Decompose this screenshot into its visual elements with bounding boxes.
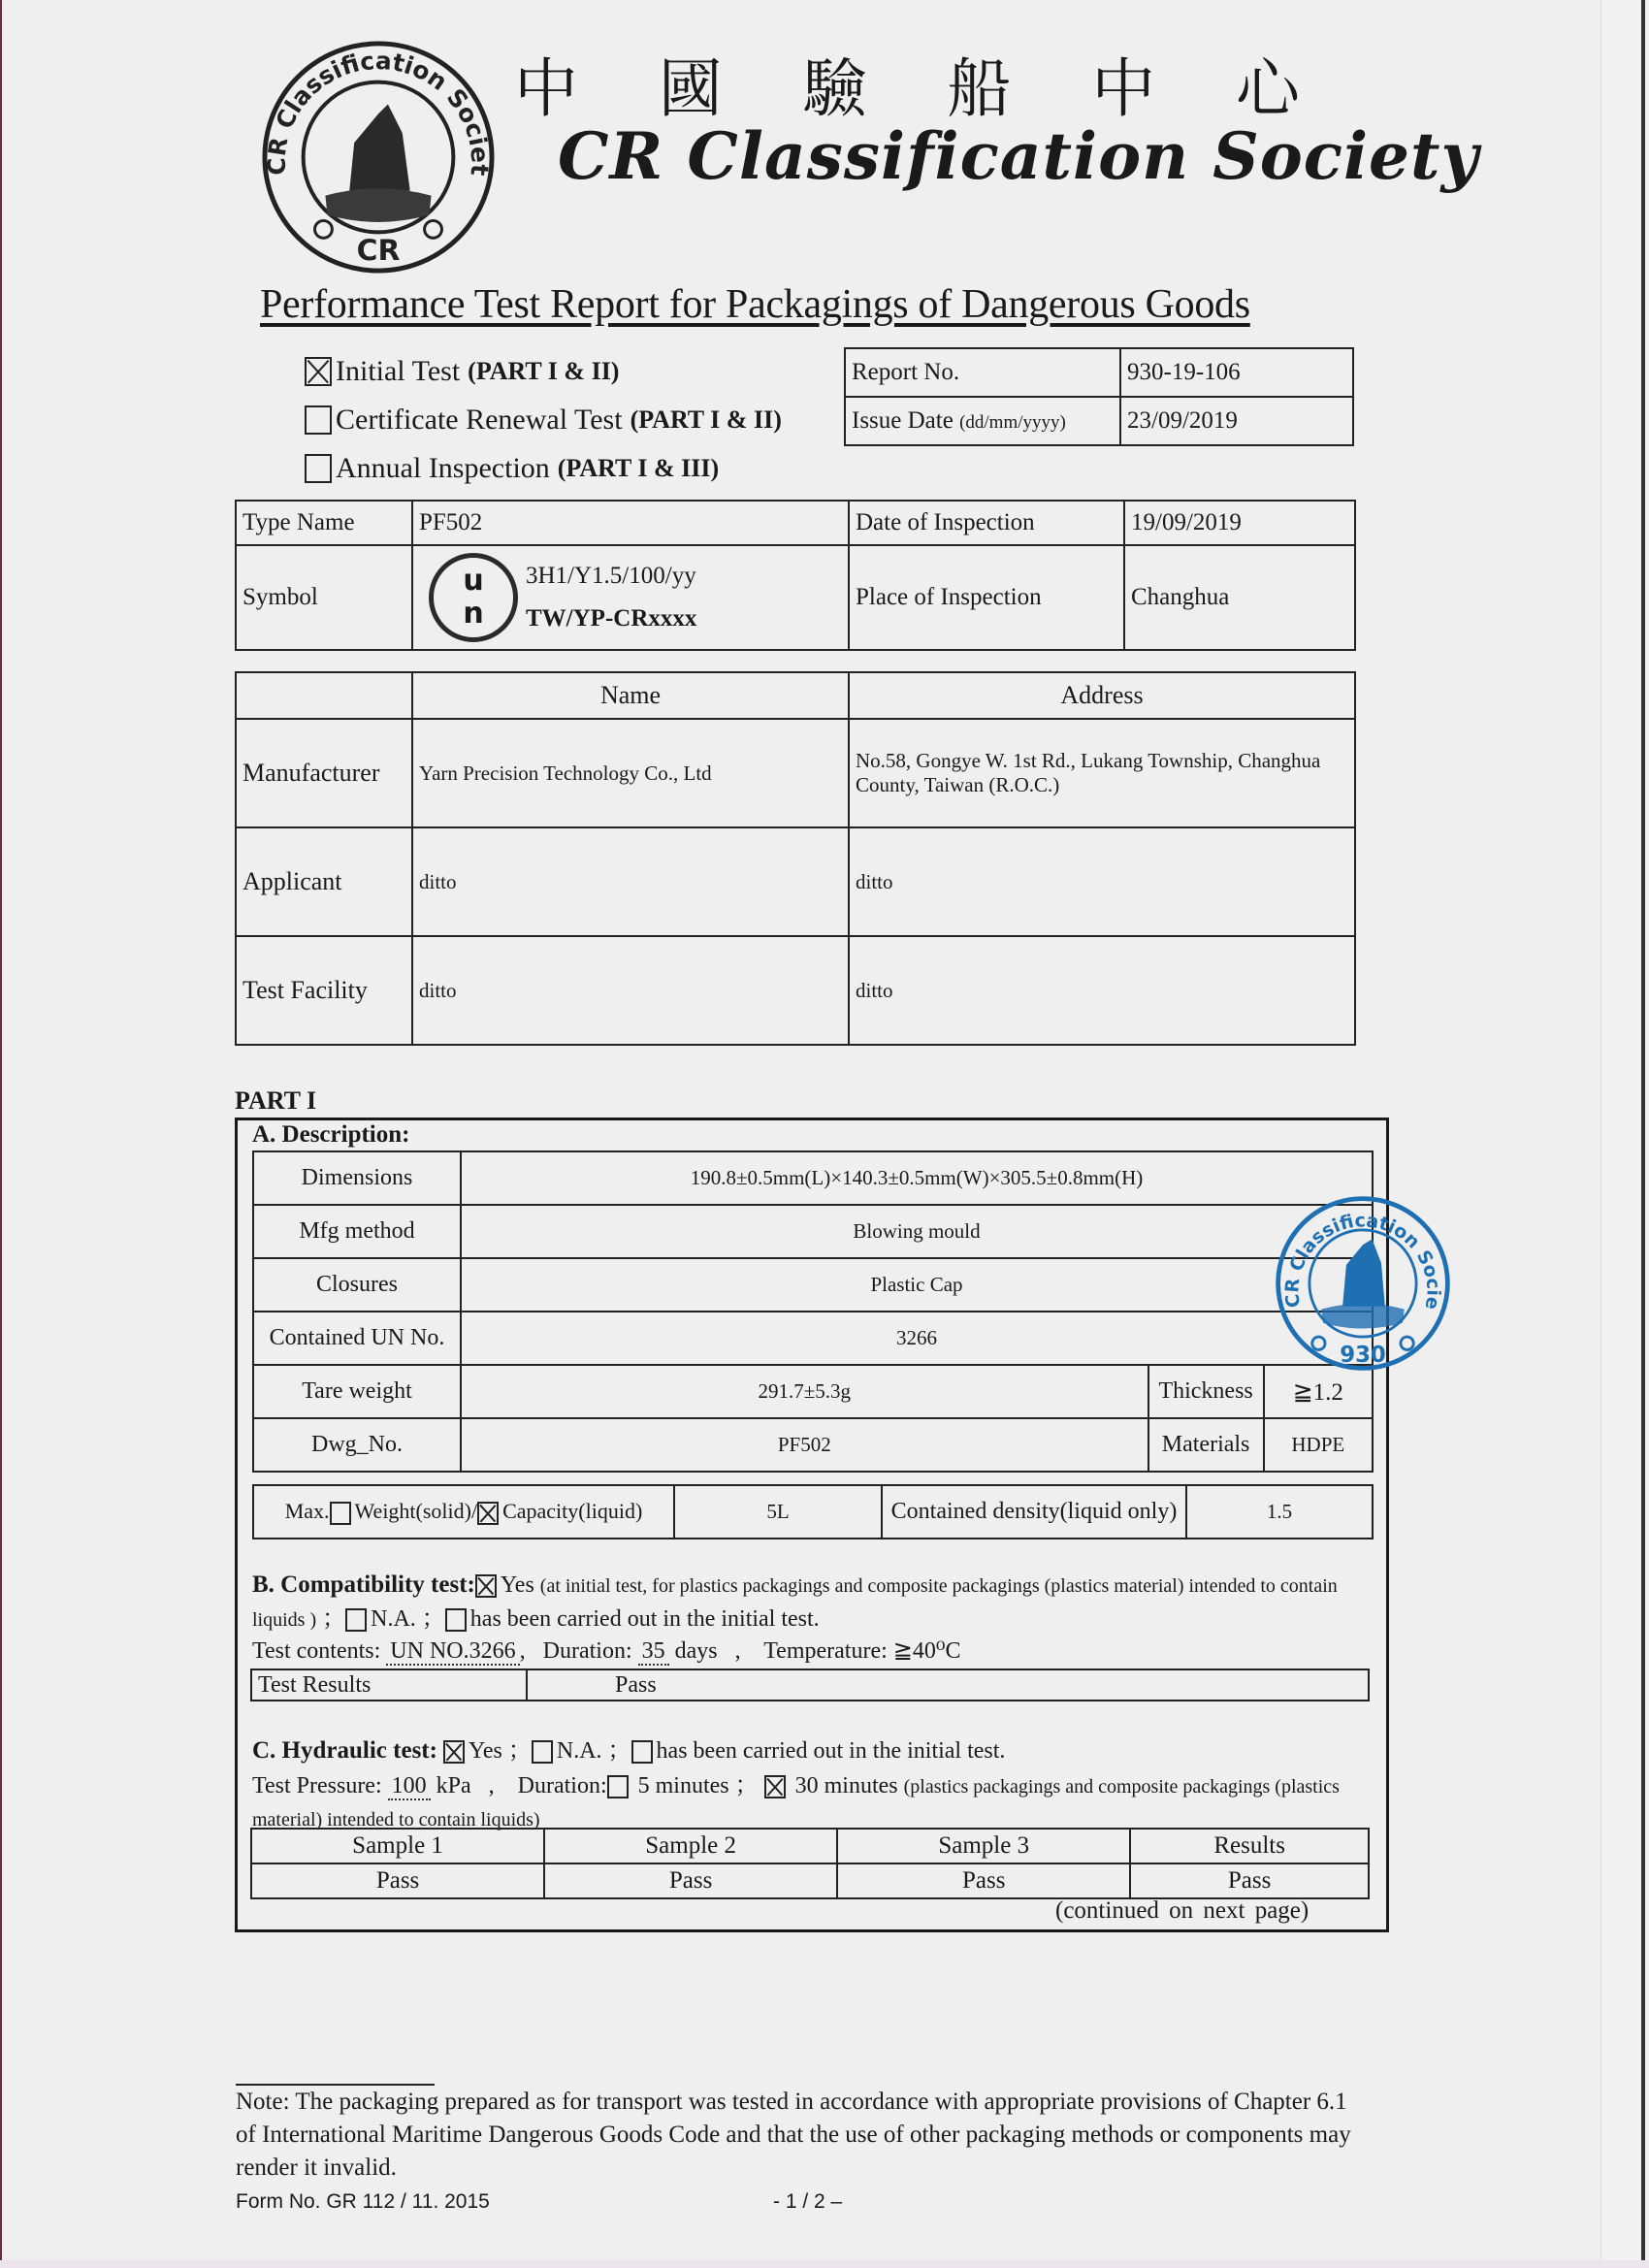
description-table: Dimensions 190.8±0.5mm(L)×140.3±0.5mm(W)… [252,1150,1374,1473]
chinese-character: 驗 [803,37,867,129]
checkbox-compatibility-yes[interactable] [475,1574,497,1598]
checkbox-duration-5-minutes[interactable] [607,1775,629,1798]
symbol-label: Symbol [236,545,412,650]
compatibility-section: B. Compatibility test:Yes (at initial te… [252,1569,1373,1636]
checkbox-annual-inspection[interactable] [305,454,332,483]
option-parts: (PART I & II) [468,357,619,386]
party-address: No.58, Gongye W. 1st Rd., Lukang Townshi… [849,719,1355,827]
scan-edge-right [1641,0,1645,2268]
issue-date-value: 23/09/2019 [1120,397,1353,445]
hydraulic-result-cell: Pass [1130,1863,1369,1898]
closures-label: Closures [253,1258,461,1312]
type-name-value: PF502 [412,501,849,545]
materials-label: Materials [1148,1418,1264,1472]
cr-society-logo-icon: CR Classification Society 1951 CR [258,37,499,277]
option-label: Certificate Renewal Test [336,404,623,437]
party-label: Test Facility [236,936,412,1045]
compatibility-heading: B. Compatibility test: [252,1571,475,1598]
checkbox-compatibility-na[interactable] [345,1608,367,1632]
checkbox-hydraulic-carried-out[interactable] [631,1740,653,1764]
option-parts: (PART I & III) [558,454,719,483]
hydraulic-column-header: Results [1130,1829,1369,1863]
mfg-method-label: Mfg method [253,1205,461,1258]
type-name-label: Type Name [236,501,412,545]
chinese-character: 心 [1236,37,1300,129]
dimensions-value: 190.8±0.5mm(L)×140.3±0.5mm(W)×305.5±0.8m… [461,1151,1373,1205]
option-initial-test[interactable]: Initial Test (PART I & II) [305,355,619,388]
hydraulic-heading: C. Hydraulic test: [252,1737,437,1764]
scan-edge-left [0,0,2,2268]
checkbox-max-weight[interactable] [330,1502,351,1525]
duration-value: 35 [638,1638,669,1666]
svg-text:CR: CR [357,234,401,268]
un-packaging-mark-icon: un [429,553,518,642]
party-name: ditto [412,936,849,1045]
mfg-method-value: Blowing mould [461,1205,1373,1258]
symbol-value: un 3H1/Y1.5/100/yy TW/YP-CRxxxx [412,545,849,650]
chinese-society-name: 中國驗船中心 [514,37,1300,129]
party-label: Applicant [236,827,412,936]
chinese-character: 國 [659,37,723,129]
pressure-value: 100 [388,1773,431,1800]
issue-date-label: Issue Date (dd/mm/yyyy) [845,397,1120,445]
place-of-inspection-value: Changhua [1124,545,1355,650]
chinese-character: 中 [1091,37,1155,129]
svg-text:930: 930 [1340,1343,1386,1368]
report-no-label: Report No. [845,348,1120,397]
dwg-no-label: Dwg_No. [253,1418,461,1472]
date-of-inspection-value: 19/09/2019 [1124,501,1355,545]
checkbox-compatibility-carried-out[interactable] [445,1608,467,1632]
part-1-label: PART I [235,1086,316,1116]
option-certificate-renewal[interactable]: Certificate Renewal Test (PART I & II) [305,404,782,437]
report-title: Performance Test Report for Packagings o… [260,281,1250,328]
dwg-no-value: PF502 [461,1418,1148,1472]
description-heading: A. Description: [252,1121,409,1149]
scan-edge-bottom [0,2260,1649,2268]
hydraulic-column-header: Sample 3 [837,1829,1130,1863]
max-capacity-value: 5L [674,1485,882,1539]
name-header: Name [412,672,849,719]
party-row-manufacturer: Manufacturer Yarn Precision Technology C… [236,719,1355,827]
hydraulic-section: C. Hydraulic test: Yes ；N.A. ；has been c… [252,1734,1005,1767]
test-results-label: Test Results [251,1669,527,1701]
hydraulic-results-table: Sample 1Sample 2Sample 3Results PassPass… [250,1828,1370,1899]
tare-weight-value: 291.7±5.3g [461,1365,1148,1418]
hydraulic-result-cell: Pass [544,1863,837,1898]
chinese-character: 中 [514,37,578,129]
closures-value: Plastic Cap [461,1258,1373,1312]
option-label: Annual Inspection [336,452,550,485]
hydraulic-result-cell: Pass [837,1863,1130,1898]
un-no-label: Contained UN No. [253,1312,461,1365]
hydraulic-column-header: Sample 2 [544,1829,837,1863]
hydraulic-parameters: Test Pressure: 100 kPa , Duration: 5 min… [252,1769,1373,1835]
density-label: Contained density(liquid only) [882,1485,1186,1539]
checkbox-hydraulic-na[interactable] [532,1740,553,1764]
checkbox-certificate-renewal[interactable] [305,405,332,435]
test-results-value: Pass [527,1669,1369,1701]
hydraulic-column-header: Sample 1 [251,1829,544,1863]
checkbox-max-capacity[interactable] [477,1502,499,1525]
checkbox-initial-test[interactable] [305,357,332,386]
party-row-applicant: Applicant ditto ditto [236,827,1355,936]
place-of-inspection-label: Place of Inspection [849,545,1124,650]
report-info-table: Report No. 930-19-106 Issue Date (dd/mm/… [844,347,1354,446]
density-value: 1.5 [1186,1485,1373,1539]
party-address: ditto [849,827,1355,936]
symbol-code-line1: 3H1/Y1.5/100/yy [526,555,696,598]
option-parts: (PART I & II) [630,405,782,435]
type-info-table: Type Name PF502 Date of Inspection 19/09… [235,500,1356,651]
compatibility-parameters: Test contents: UN NO.3266, Duration: 35 … [252,1635,961,1668]
party-row-test-facility: Test Facility ditto ditto [236,936,1355,1045]
compatibility-results-table: Test Results Pass [250,1669,1370,1701]
test-contents-value: UN NO.3266 [386,1638,519,1666]
party-name: Yarn Precision Technology Co., Ltd [412,719,849,827]
page-number: - 1 / 2 – [773,2190,842,2214]
hydraulic-result-cell: Pass [251,1863,544,1898]
tare-weight-label: Tare weight [253,1365,461,1418]
date-of-inspection-label: Date of Inspection [849,501,1124,545]
checkbox-hydraulic-yes[interactable] [443,1740,465,1764]
parties-table: Name Address Manufacturer Yarn Precision… [235,671,1356,1046]
address-header: Address [849,672,1355,719]
footnote: Note: The packaging prepared as for tran… [236,2086,1351,2185]
party-label: Manufacturer [236,719,412,827]
checkbox-duration-30-minutes[interactable] [764,1775,786,1798]
symbol-code-line2: TW/YP-CRxxxx [526,598,696,640]
thickness-label: Thickness [1148,1365,1264,1418]
party-address: ditto [849,936,1355,1045]
capacity-table: Max.Weight(solid)/Capacity(liquid) 5L Co… [252,1484,1374,1539]
dimensions-label: Dimensions [253,1151,461,1205]
chinese-character: 船 [947,37,1011,129]
option-annual-inspection[interactable]: Annual Inspection (PART I & III) [305,452,719,485]
temperature-value: ≧40⁰C [893,1638,961,1664]
parties-header-blank [236,672,412,719]
materials-value: HDPE [1264,1418,1373,1472]
max-capacity-label: Max.Weight(solid)/Capacity(liquid) [253,1485,674,1539]
option-label: Initial Test [336,355,460,388]
form-number: Form No. GR 112 / 11. 2015 [236,2190,490,2214]
continued-note: (continued on next page) [1055,1897,1309,1925]
english-society-name: CR Classification Society [558,118,1479,194]
un-no-value: 3266 [461,1312,1373,1365]
report-no-value: 930-19-106 [1120,348,1353,397]
party-name: ditto [412,827,849,936]
official-stamp-icon: CR Classification Society 1951 930 [1271,1191,1455,1376]
